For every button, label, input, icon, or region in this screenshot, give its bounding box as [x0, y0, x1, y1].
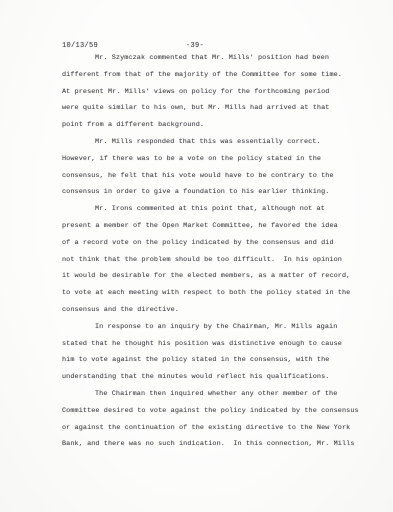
paragraph-szymczak-comment: Mr. Szymczak commented that Mr. Mills' p… [62, 50, 362, 134]
document-body: Mr. Szymczak commented that Mr. Mills' p… [62, 50, 362, 453]
paragraph-irons-comment: Mr. Irons commented at this point that, … [62, 201, 362, 319]
paragraph-mills-restatement: In response to an inquiry by the Chairma… [62, 319, 362, 386]
paragraph-chairman-inquiry: The Chairman then inquired whether any o… [62, 386, 362, 453]
document-date: 10/13/59 [62, 42, 98, 50]
page-number: -39- [186, 42, 204, 50]
document-page: 10/13/59 -39- Mr. Szymczak commented tha… [0, 0, 393, 512]
paragraph-mills-response: Mr. Mills responded that this was essent… [62, 134, 362, 201]
